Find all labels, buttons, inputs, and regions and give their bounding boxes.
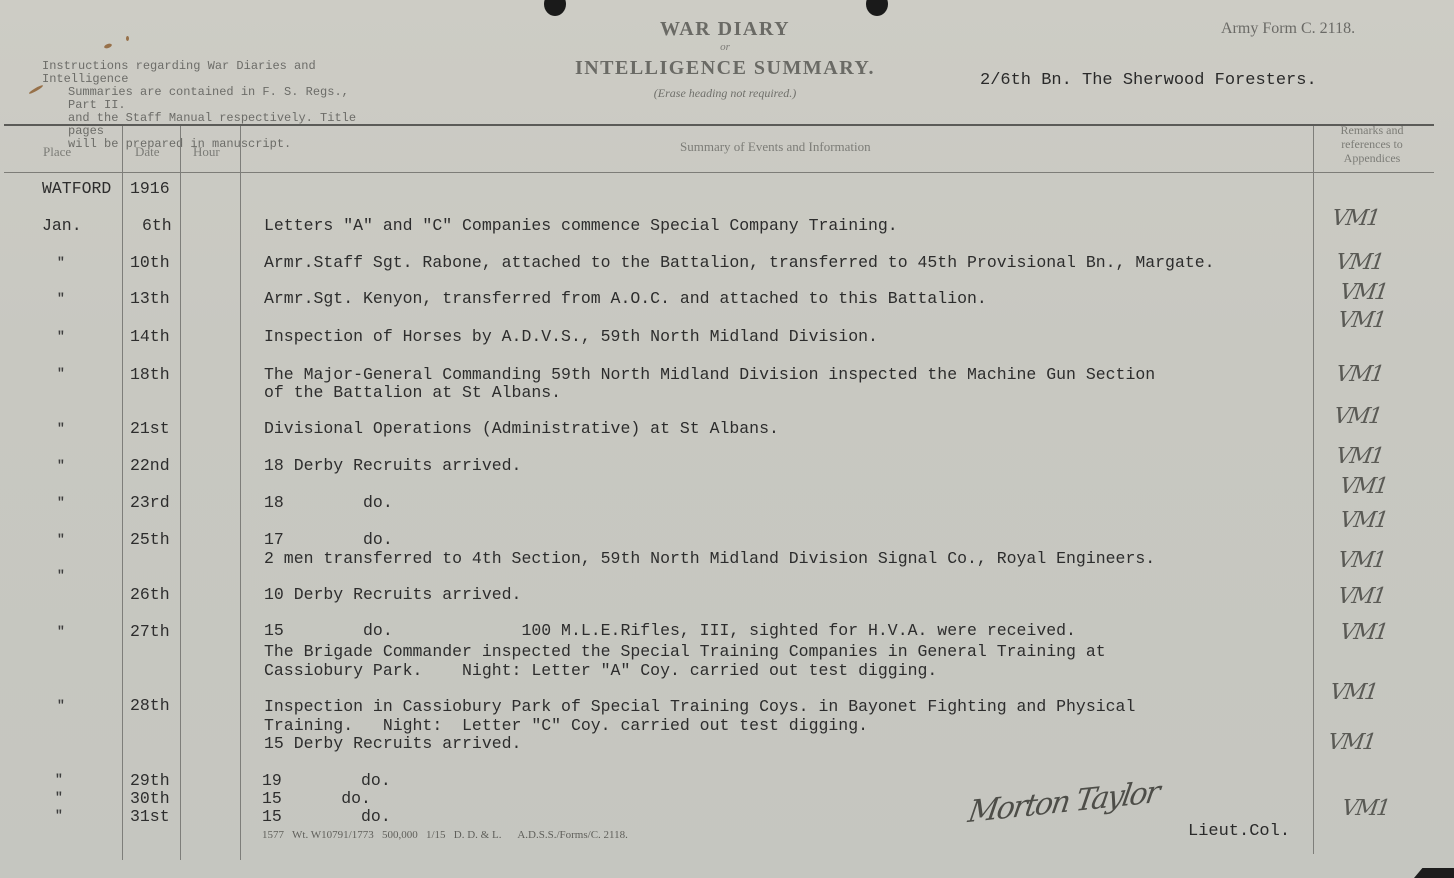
date-cell: 26th: [130, 586, 170, 604]
initials-mark: VM1: [1332, 404, 1382, 429]
date-cell: 22nd: [130, 457, 170, 475]
initials-mark: VM1: [1336, 548, 1386, 573]
ditto-mark: ": [57, 624, 65, 639]
summary-line: 15 do.: [262, 790, 371, 808]
remarks-header-line: references to: [1322, 137, 1422, 151]
commanding-officer-signature: Morton Taylor: [966, 775, 1161, 831]
punch-hole-right: [866, 0, 888, 16]
summary-line: Divisional Operations (Administrative) a…: [264, 420, 779, 438]
war-diary-page: Instructions regarding War Diaries and I…: [0, 0, 1454, 878]
initials-mark: VM1: [1338, 474, 1388, 499]
army-form-number: Army Form C. 2118.: [1221, 20, 1355, 38]
ditto-mark: ": [55, 772, 63, 787]
initials-mark: VM1: [1338, 620, 1388, 645]
instructions-line: Summaries are contained in F. S. Regs., …: [42, 86, 382, 112]
date-cell: 18th: [130, 366, 170, 384]
page-corner-shadow: [1414, 868, 1454, 878]
initials-mark: VM1: [1338, 280, 1388, 305]
date-cell: 27th: [130, 623, 170, 641]
ditto-mark: ": [55, 808, 63, 823]
unit-name: 2/6th Bn. The Sherwood Foresters.: [980, 71, 1317, 90]
ditto-mark: ": [57, 568, 65, 583]
date-cell: 13th: [130, 290, 170, 308]
date-cell: 29th: [130, 772, 170, 790]
divider-date-hour: [180, 126, 181, 860]
divider-hour-summary: [240, 126, 241, 860]
punch-hole-left: [544, 0, 566, 16]
summary-line: 2 men transferred to 4th Section, 59th N…: [264, 550, 1155, 568]
initials-mark: VM1: [1334, 250, 1384, 275]
initials-mark: VM1: [1330, 206, 1380, 231]
summary-line: The Brigade Commander inspected the Spec…: [264, 643, 1106, 661]
remarks-header-line: Remarks and: [1322, 123, 1422, 137]
summary-line: Inspection in Cassiobury Park of Special…: [264, 698, 1135, 716]
ditto-mark: ": [57, 532, 65, 547]
form-title: WAR DIARY or INTELLIGENCE SUMMARY. (Eras…: [520, 18, 930, 101]
instructions-note: Instructions regarding War Diaries and I…: [42, 60, 382, 151]
initials-mark: VM1: [1326, 730, 1376, 755]
instructions-line: Instructions regarding War Diaries and I…: [42, 60, 382, 86]
title-intelligence-summary: INTELLIGENCE SUMMARY.: [520, 57, 930, 80]
column-header-date: Date: [135, 144, 160, 160]
summary-line: Letters "A" and "C" Companies commence S…: [264, 217, 898, 235]
divider-place-date: [122, 126, 123, 860]
ditto-mark: ": [57, 495, 65, 510]
stain-mark: [126, 36, 129, 41]
ditto-mark: ": [57, 421, 65, 436]
column-header-summary: Summary of Events and Information: [680, 139, 871, 155]
date-cell: 10th: [130, 254, 170, 272]
initials-mark: VM1: [1328, 680, 1378, 705]
date-cell: 14th: [130, 328, 170, 346]
date-cell: 6th: [142, 217, 172, 235]
summary-line: Training. Night: Letter "C" Coy. carried…: [264, 717, 868, 735]
erase-note: (Erase heading not required.): [520, 86, 930, 101]
summary-line: Cassiobury Park. Night: Letter "A" Coy. …: [264, 662, 937, 680]
initials-mark: VM1: [1336, 584, 1386, 609]
column-header-rule: [4, 172, 1434, 173]
date-cell: 1916: [130, 180, 170, 198]
summary-line: Inspection of Horses by A.D.V.S., 59th N…: [264, 328, 878, 346]
date-cell: 30th: [130, 790, 170, 808]
ditto-mark: ": [55, 790, 63, 805]
remarks-header-line: Appendices: [1322, 151, 1422, 165]
date-cell: 25th: [130, 531, 170, 549]
ditto-mark: ": [57, 458, 65, 473]
title-war-diary: WAR DIARY: [520, 18, 930, 41]
summary-line: 18 do.: [264, 494, 393, 512]
stain-mark: [104, 43, 113, 49]
summary-line: 15 do.: [262, 808, 391, 826]
initials-mark: VM1: [1334, 444, 1384, 469]
summary-line: Armr.Sgt. Kenyon, transferred from A.O.C…: [264, 290, 987, 308]
summary-line: 15 Derby Recruits arrived.: [264, 735, 521, 753]
summary-line: Armr.Staff Sgt. Rabone, attached to the …: [264, 254, 1215, 272]
column-header-remarks: Remarks and references to Appendices: [1322, 123, 1422, 165]
ditto-mark: ": [57, 255, 65, 270]
divider-summary-remarks: [1313, 126, 1314, 854]
ditto-mark: ": [57, 366, 65, 381]
title-or: or: [520, 41, 930, 53]
summary-line: 18 Derby Recruits arrived.: [264, 457, 521, 475]
summary-line: of the Battalion at St Albans.: [264, 384, 561, 402]
column-header-hour: Hour: [193, 144, 220, 160]
summary-line: 19 do.: [262, 772, 391, 790]
ditto-mark: ": [57, 698, 65, 713]
header-rule: [4, 124, 1434, 126]
place-cell: Jan.: [42, 217, 82, 235]
summary-line: 17 do.: [264, 531, 393, 549]
date-cell: 31st: [130, 808, 170, 826]
ditto-mark: ": [57, 329, 65, 344]
date-cell: 28th: [130, 697, 170, 715]
place-cell: WATFORD: [42, 180, 111, 198]
date-cell: 23rd: [130, 494, 170, 512]
initials-mark: VM1: [1334, 362, 1384, 387]
initials-mark: VM1: [1336, 308, 1386, 333]
signatory-rank: Lieut.Col.: [1188, 822, 1290, 841]
summary-line: 15 do. 100 M.L.E.Rifles, III, sighted fo…: [264, 622, 1076, 640]
summary-line: 10 Derby Recruits arrived.: [264, 586, 521, 604]
ditto-mark: ": [57, 291, 65, 306]
printer-imprint: 1577 Wt. W10791/1773 500,000 1/15 D. D. …: [262, 829, 628, 841]
date-cell: 21st: [130, 420, 170, 438]
initials-mark: VM1: [1340, 796, 1390, 821]
column-header-place: Place: [43, 144, 71, 160]
summary-line: The Major-General Commanding 59th North …: [264, 366, 1155, 384]
initials-mark: VM1: [1338, 508, 1388, 533]
